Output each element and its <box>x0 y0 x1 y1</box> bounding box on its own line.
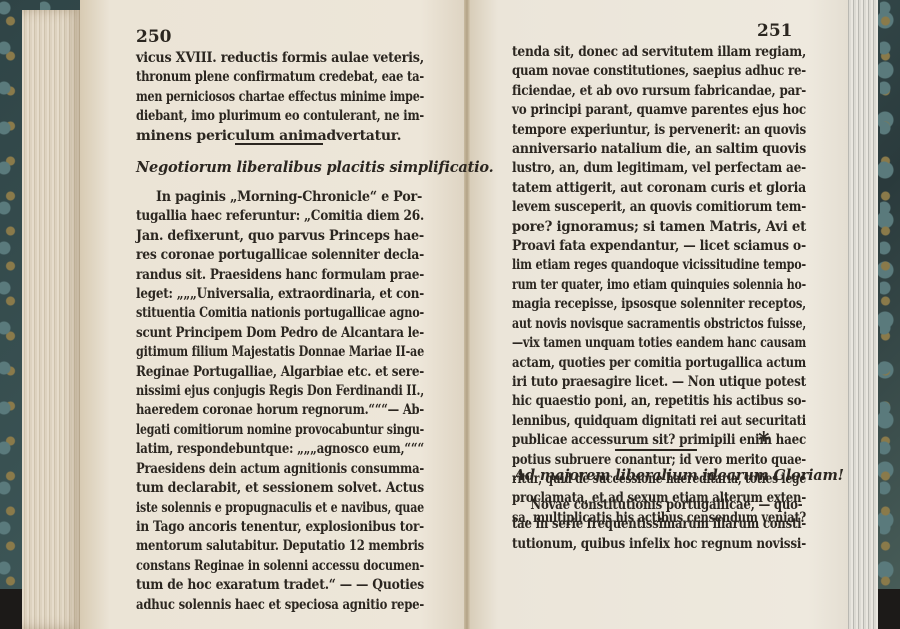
text-line: leget: „„„Universalia, extraordinaria, e… <box>136 285 382 304</box>
text-line: latim, respondebuntque: „„„agnosco eum,“… <box>136 440 377 459</box>
text-line: men perniciosos chartae effectus minime … <box>136 88 364 107</box>
text-line: mentorum salutabitur. Deputatio 12 membr… <box>136 537 374 556</box>
text-line: ficiendae, et ab ovo rursum fabricandae,… <box>512 82 763 101</box>
text-line: anniversario natalium die, an saltim quo… <box>512 140 774 159</box>
text-line: rum ter quater, imo etiam quinquies sole… <box>512 276 742 295</box>
page-number-right: 251 <box>757 21 793 41</box>
text-line: scunt Principem Dom Pedro de Alcantara l… <box>136 324 380 343</box>
text-line: vicus XVIII. reductis formis aulae veter… <box>136 49 399 68</box>
right-paragraph-2: Novae constitutionis portugallicae, — qu… <box>512 496 806 554</box>
section-heading-left: Negotiorum liberalibus placitis simplifi… <box>136 159 493 176</box>
left-paragraph-2: In paginis „Morning-Chronicle“ e Por- tu… <box>136 188 424 615</box>
asterisk-mark: * <box>758 428 770 454</box>
text-line: Jan. defixerunt, quo parvus Princeps hae… <box>136 227 399 246</box>
text-line: lennibus, quidquam dignitati rei aut sec… <box>512 412 756 431</box>
text-line: tum de hoc exaratum tradet.“ — — Quoties <box>136 576 391 595</box>
text-line: publicae accessurum sit? primipili enim … <box>512 431 762 450</box>
section-divider <box>235 143 323 145</box>
text-line: lustro, an, dum legitimam, vel perfectam… <box>512 159 767 178</box>
left-paragraph-1: vicus XVIII. reductis formis aulae veter… <box>136 49 424 146</box>
text-line: adhuc solennis haec et speciosa agnitio … <box>136 596 376 615</box>
text-line: gitimum filium Majestatis Donnae Mariae … <box>136 343 366 362</box>
text-line: Praesidens dein actum agnitionis consumm… <box>136 460 375 479</box>
text-line: haeredem coronae horum regnorum.“““— Ab- <box>136 401 373 420</box>
text-line: tempore experiuntur, is pervenerit: an q… <box>512 121 762 140</box>
text-line: In paginis „Morning-Chronicle“ e Por- <box>136 188 399 207</box>
text-line: randus sit. Praesidens hanc formulam pra… <box>136 266 384 285</box>
text-line: vo principi parant, quamve parentes ejus… <box>512 101 763 120</box>
text-line: diebant, imo plurimum eo contulerant, ne… <box>136 107 373 126</box>
text-line: stituentia Comitia nationis portugallica… <box>136 304 368 323</box>
text-line: in Tago ancoris tenentur, explosionibus … <box>136 518 385 537</box>
text-line: aut novis novisque sacramentis obstricto… <box>512 315 744 334</box>
left-page-edges <box>22 10 84 629</box>
text-line: iste solennis e propugnaculis et e navib… <box>136 499 363 518</box>
text-line: levem susceperit, an quovis comitiorum t… <box>512 198 764 217</box>
text-line: hic quaestio poni, an, repetitis his act… <box>512 392 761 411</box>
text-line: tugallia haec referuntur: „Comitia diem … <box>136 207 386 226</box>
text-line: Novae constitutionis portugallicae, — qu… <box>512 496 758 515</box>
text-line: pore? ignoramus; si tamen Matris, Avi et <box>512 218 791 237</box>
right-paragraph-1: tenda sit, donec ad servitutem illam reg… <box>512 43 806 528</box>
page-number-left: 250 <box>136 27 172 47</box>
right-page-edges <box>846 0 878 629</box>
text-line: thronum plene confirmatum credebat, eae … <box>136 68 373 87</box>
text-line: tutionum, quibus infelix hoc regnum novi… <box>512 535 764 554</box>
text-line: lim etiam reges quandoque vicissitudine … <box>512 256 747 275</box>
text-line: tenda sit, donec ad servitutem illam reg… <box>512 43 768 62</box>
text-line: legati comitiorum nomine provocabuntur s… <box>136 421 361 440</box>
text-line: —vix tamen unquam toties eandem hanc cau… <box>512 334 745 353</box>
text-line: Proavi fata expendantur, — licet sciamus… <box>512 237 774 256</box>
text-line: nissimi ejus conjugis Regis Don Ferdinan… <box>136 382 369 401</box>
section-divider <box>615 449 697 451</box>
text-line: actam, quoties per comitia portugallica … <box>512 354 757 373</box>
text-line: iri tuto praesagire licet. — Non utique … <box>512 373 765 392</box>
text-line: tatem attigerit, aut coronam curis et gl… <box>512 179 775 198</box>
section-heading-right: Ad majorem liberalium idearum Gloriam! <box>514 467 844 484</box>
text-line: tum declarabit, et sessionem solvet. Act… <box>136 479 394 498</box>
text-line: tae in serie frequentissimarum illarum c… <box>512 515 757 534</box>
text-line: quam novae constitutiones, saepius adhuc… <box>512 62 760 81</box>
text-line: constans Reginae in solenni accessu docu… <box>136 557 368 576</box>
book-gutter <box>464 0 470 629</box>
text-line: magia recepisse, ipsosque solenniter rec… <box>512 295 755 314</box>
text-line: Reginae Portugalliae, Algarbiae etc. et … <box>136 363 382 382</box>
text-line: res coronae portugallicae solenniter dec… <box>136 246 389 265</box>
